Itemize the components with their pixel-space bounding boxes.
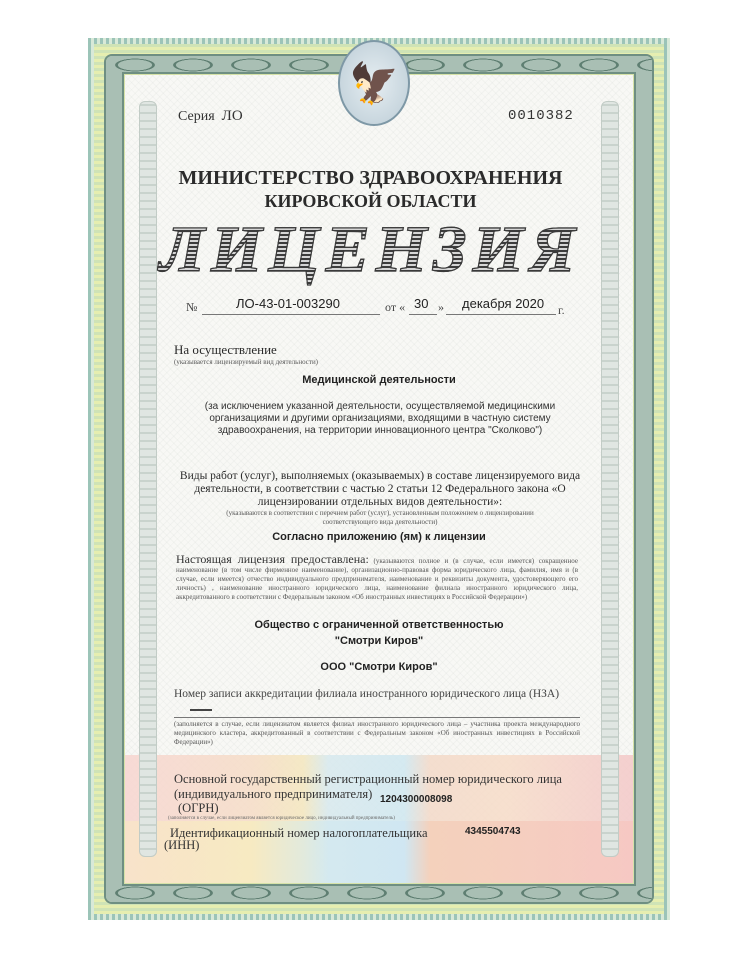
- inn-abbr: (ИНН): [164, 838, 199, 853]
- date-underline: [446, 313, 556, 315]
- activity-label: На осуществление: [174, 342, 277, 358]
- number-underline: [202, 313, 380, 315]
- licensee-short-name: ООО "Смотри Киров": [174, 661, 584, 673]
- inn-value: 4345504743: [465, 826, 521, 837]
- day-underline: [409, 313, 437, 315]
- activity-hint: (указывается лицензируемый вид деятельно…: [174, 358, 318, 367]
- license-number-prefix: №: [186, 300, 197, 315]
- ogrn-label-line-1: Основной государственный регистрационный…: [174, 772, 562, 787]
- authority-line-2: КИРОВСКОЙ ОБЛАСТИ: [0, 191, 741, 212]
- from-label: от «: [385, 300, 405, 315]
- form-number: 0010382: [508, 108, 574, 124]
- coat-of-arms-icon: 🦅: [338, 40, 410, 126]
- license-month-year: декабря 2020: [462, 296, 544, 311]
- authority-line-1: МИНИСТЕРСТВО ЗДРАВООХРАНЕНИЯ: [0, 167, 741, 190]
- series-label: Серия: [178, 109, 215, 124]
- licensee-block: Настоящая лицензия предоставлена: (указы…: [176, 555, 578, 602]
- works-hint: (указываются в соответствии с перечнем р…: [200, 509, 560, 527]
- license-number: ЛО-43-01-003290: [236, 296, 340, 311]
- ogrn-value: 1204300008098: [380, 794, 452, 805]
- year-suffix: г.: [558, 303, 565, 318]
- ogrn-label-line-2: (индивидуального предпринимателя): [174, 787, 372, 802]
- day-close: »: [438, 300, 444, 315]
- licensee-full-name-line-2: "Смотри Киров": [174, 635, 584, 647]
- ogrn-hint: (заполняется в случае, если лицензиатом …: [168, 816, 395, 821]
- series: Серия ЛО: [178, 108, 243, 125]
- nza-label: Номер записи аккредитации филиала иностр…: [174, 688, 559, 700]
- works-value: Согласно приложению (ям) к лицензии: [174, 531, 584, 543]
- licensee-label: Настоящая лицензия предоставлена:: [176, 552, 369, 566]
- activity-exclusion: (за исключением указанной деятельности, …: [170, 401, 590, 437]
- licensee-full-name-line-1: Общество с ограниченной ответственностью: [174, 619, 584, 631]
- activity-value: Медицинской деятельности: [174, 374, 584, 386]
- nza-hint: (заполняется в случае, если лицензиатом …: [174, 720, 580, 747]
- document-title: ЛИЦЕНЗИЯ: [0, 212, 741, 288]
- series-value: ЛО: [222, 108, 243, 124]
- ogrn-label-line-3: (ОГРН): [178, 801, 219, 816]
- inn-label: Идентификационный номер налогоплательщик…: [170, 826, 428, 841]
- license-day: 30: [414, 296, 428, 311]
- nza-value-underline: [190, 708, 212, 711]
- works-text: Виды работ (услуг), выполняемых (оказыва…: [178, 470, 582, 509]
- nza-divider: [174, 716, 580, 718]
